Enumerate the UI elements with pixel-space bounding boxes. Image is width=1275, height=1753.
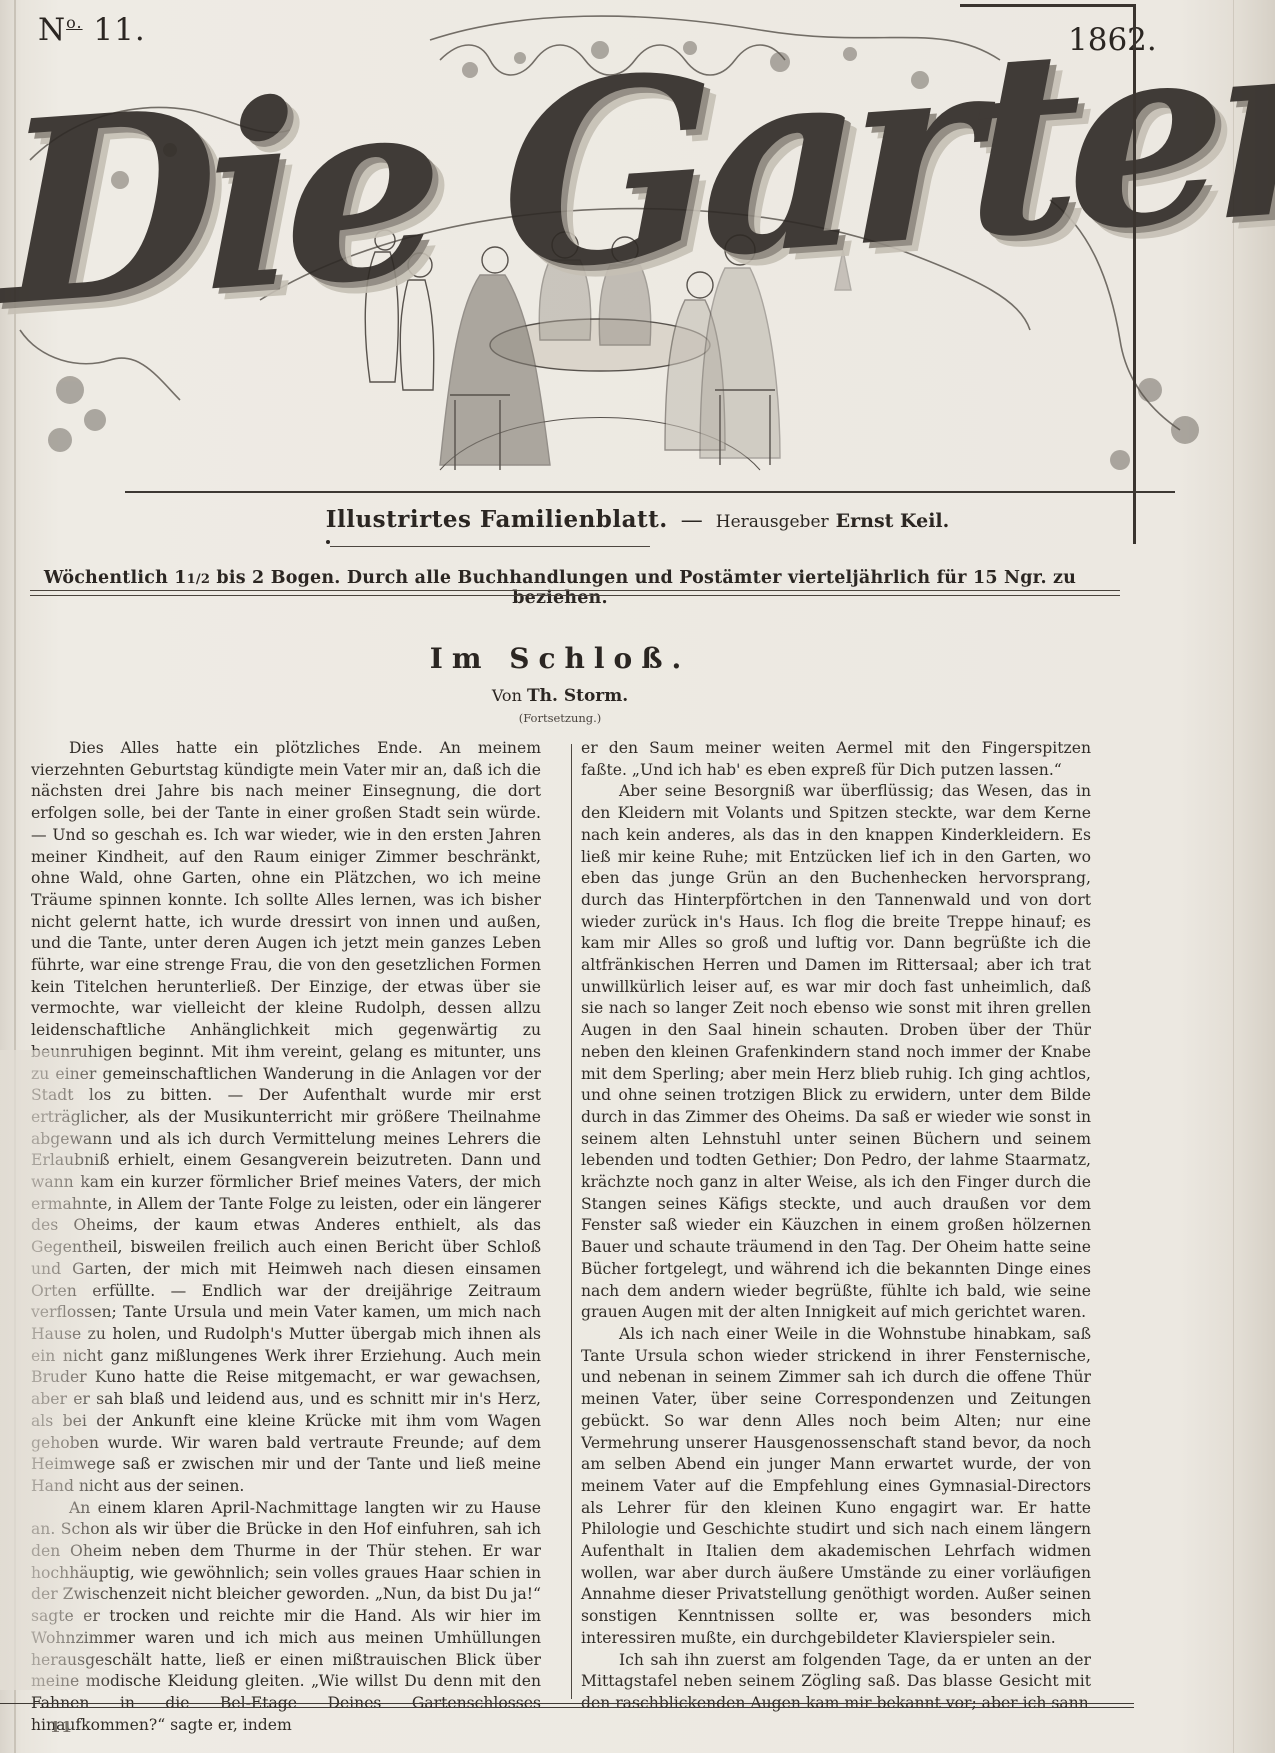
article-byline: Von Th. Storm. [0,686,1120,706]
subscription-info: Wöchentlich 11/2 bis 2 Bogen. Durch alle… [0,568,1120,608]
subtitle-line: Illustrirtes Familienblatt. — Herausgebe… [0,506,1275,533]
issue-year: 1862. [1068,22,1157,58]
paragraph: Dies Alles hatte ein plötzliches Ende. A… [31,738,541,1498]
issue-number: No. 11. [38,12,146,48]
frame-rule [960,4,1136,7]
article-title: Im Schloß. [0,642,1120,675]
divider [125,491,1175,493]
frame-rule [1133,4,1136,544]
printer-signature-mark: 11 [50,1718,73,1736]
divider [30,590,1120,591]
newspaper-page: Die Gartenlaube. No. 11. 1862. Illustrir… [0,0,1275,1753]
divider [40,1707,1134,1708]
divider [30,595,1120,596]
editor-name: Ernst Keil. [836,510,950,532]
author-name: Th. Storm. [527,686,628,706]
ornament-dot [326,540,330,544]
subtitle: Illustrirtes Familienblatt. [326,506,668,533]
column-divider [571,744,572,1699]
masthead: Die Gartenlaube. No. 11. 1862. [0,0,1275,500]
paragraph: Aber seine Besorgniß war überflüssig; da… [581,781,1091,1324]
paragraph: An einem klaren April-Nachmittage langte… [31,1498,541,1737]
left-column: Dies Alles hatte ein plötzliches Ende. A… [31,738,541,1736]
publisher-label: Herausgeber [716,512,829,532]
continuation-note: (Fortsetzung.) [0,711,1120,725]
right-column: er den Saum meiner weiten Aermel mit den… [581,738,1091,1715]
divider [330,546,650,547]
paragraph: Ich sah ihn zuerst am folgenden Tage, da… [581,1650,1091,1715]
paragraph: Als ich nach einer Weile in die Wohnstub… [581,1324,1091,1650]
paragraph: er den Saum meiner weiten Aermel mit den… [581,738,1091,781]
divider [0,1703,1134,1704]
